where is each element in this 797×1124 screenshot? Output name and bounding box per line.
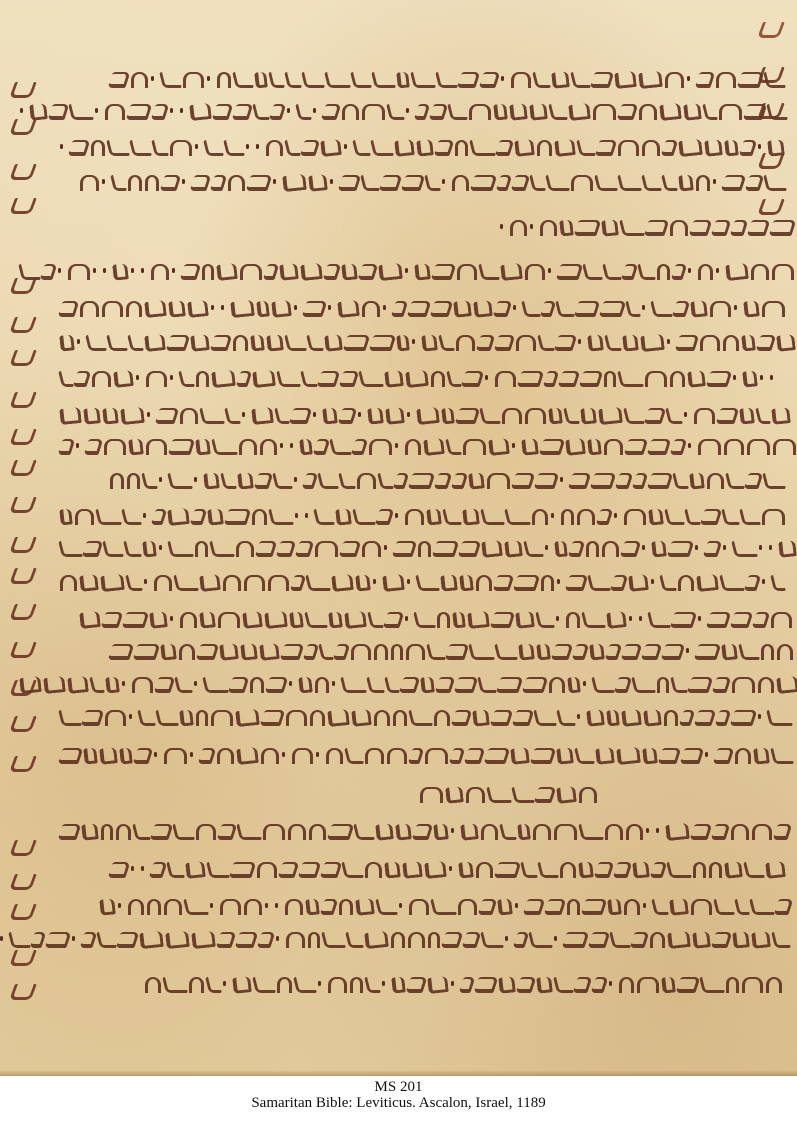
manuscript-line: [80, 171, 790, 197]
manuscript-line: [420, 783, 600, 809]
margin-letter: [9, 198, 37, 214]
manuscript-line: [60, 331, 790, 357]
margin-letter: [9, 82, 37, 98]
margin-letter: [757, 22, 785, 38]
margin-letter: [9, 716, 37, 732]
manuscript-line: [110, 640, 790, 666]
margin-letter: [9, 840, 37, 856]
margin-letter: [9, 874, 37, 890]
manuscript-line: [60, 537, 790, 563]
manuscript-line: [60, 505, 790, 531]
manuscript-line: [60, 367, 790, 393]
manuscript-line: [110, 858, 790, 884]
manuscript-line: [60, 404, 790, 430]
margin-letter: [9, 497, 37, 513]
manuscript-line: [500, 216, 790, 242]
manuscript-line: [60, 820, 790, 846]
manuscript-line: [60, 297, 790, 323]
manuscript-line: [60, 744, 790, 770]
margin-letter: [9, 642, 37, 658]
margin-letter: [9, 537, 37, 553]
margin-letter: [9, 164, 37, 180]
manuscript-line: [20, 673, 790, 699]
margin-letter: [9, 568, 37, 584]
margin-letter: [9, 317, 37, 333]
margin-letter: [9, 604, 37, 620]
margin-letter: [9, 278, 37, 294]
manuscript-line: [100, 895, 790, 921]
margin-letter: [9, 119, 37, 135]
margin-letter: [757, 153, 785, 169]
margin-letter: [9, 984, 37, 1000]
manuscript-line: [110, 68, 790, 94]
caption-shelfmark: MS 201: [0, 1079, 797, 1095]
caption-description: Samaritan Bible: Leviticus. Ascalon, Isr…: [0, 1095, 797, 1111]
manuscript-line: [60, 136, 790, 162]
manuscript-line: [80, 608, 790, 634]
margin-letter: [9, 429, 37, 445]
margin-letter: [9, 350, 37, 366]
margin-letter: [757, 199, 785, 215]
manuscript-line: [60, 571, 790, 597]
manuscript-line: [60, 435, 790, 461]
margin-letter: [9, 460, 37, 476]
manuscript-line: [60, 706, 790, 732]
manuscript-line: [20, 260, 790, 286]
manuscript-line: [110, 469, 790, 495]
margin-letter: [9, 756, 37, 772]
margin-letter: [9, 950, 37, 966]
manuscript-line: [20, 100, 790, 126]
margin-letter: [9, 392, 37, 408]
manuscript-line: [0, 928, 790, 954]
manuscript-folio-image: [0, 0, 797, 1076]
margin-letter: [9, 904, 37, 920]
manuscript-line: [145, 973, 790, 999]
